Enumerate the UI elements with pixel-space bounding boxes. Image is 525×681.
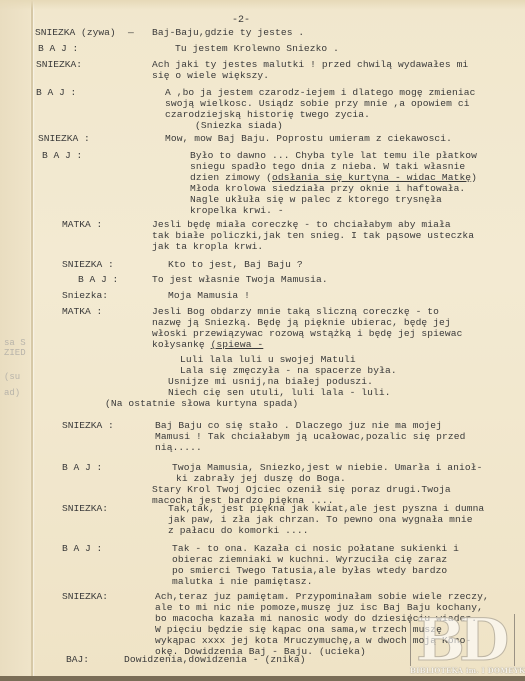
dialogue-line: Mow, mow Baj Baju. Poprostu umieram z ci… (165, 133, 452, 144)
dialogue-line: Młoda krolowa siedziała przy oknie i haf… (190, 183, 465, 194)
underlined-stage-direction: odsłania się kurtyna - widac Matkę (272, 172, 471, 183)
speaker-label: SNIEZKA : (38, 133, 90, 144)
song-line: Lala się zmęczyła - na spacerze była. (180, 365, 397, 376)
song-line: Niech cię sen utuli, luli lala - luli. (168, 387, 391, 398)
dialogue-line: tak białe policzki,jak ten snieg. I tak … (152, 230, 474, 241)
dialogue-line: Moja Mamusia ! (168, 290, 250, 301)
library-watermark: BD BIBLIOTEKA im. I DOMEYKI (408, 612, 518, 672)
margin-note: ZIED (4, 348, 26, 358)
speaker-label: B A J : (78, 274, 118, 285)
song-line: Luli lala luli u swojej Matuli (180, 354, 356, 365)
dialogue-line: Baj-Baju,gdzie ty jestes . (152, 27, 304, 38)
dialogue-line: Dowidzenia,dowidzenia - (znika) (124, 654, 306, 665)
speaker-label: B A J : (36, 87, 76, 98)
watermark-caption: BIBLIOTEKA im. I DOMEYKI (410, 666, 525, 675)
watermark-bar (514, 614, 515, 666)
dialogue-line: z pałacu do komorki .... (168, 525, 309, 536)
stage-direction: (Na ostatnie słowa kurtyna spada) (105, 398, 298, 409)
margin-note: (su (4, 372, 20, 382)
dialogue-line: Ach jaki ty jestes malutki ! przed chwil… (152, 59, 468, 70)
underlined-stage-direction: (spiewa - (211, 339, 264, 350)
dialogue-line: sniegu spadło tego dnia z nieba. W taki … (190, 161, 465, 172)
speaker-label: SNIEZKA : (62, 420, 114, 431)
margin-note: sa S (4, 338, 26, 348)
watermark-logo: BD (416, 606, 503, 674)
speaker-label: SNIEZKA: (36, 59, 82, 70)
dialogue-line: Baj Baju co się stało . Dlaczego juz nie… (155, 420, 442, 431)
song-line: Usnijze mi usnij,na białej poduszi. (168, 376, 373, 387)
dialogue-line: włoski przewiązywac rozową wstążką i będ… (152, 328, 462, 339)
margin-note: ad) (4, 388, 20, 398)
dialogue-line: kołysankę (spiewa - (152, 339, 263, 350)
speaker-label: B A J : (42, 150, 82, 161)
dialogue-line: A ,bo ja jestem czarodz-iejem i dlatego … (165, 87, 475, 98)
dialogue-line: nią..... (155, 442, 202, 453)
dialogue-line: Jesli Bog obdarzy mnie taką sliczną core… (152, 306, 439, 317)
dialogue-line: po smierci Twego Tatusia,ale byłas wtedy… (172, 565, 447, 576)
dialogue-line: jak paw, i zła jak chrzan. To pewno ona … (168, 514, 473, 525)
speaker-label: B A J : (62, 462, 102, 473)
speaker-label: MATKA : (62, 219, 102, 230)
dialogue-line: To jest własnie Twoja Mamusia. (152, 274, 328, 285)
dialogue-line: malutka i nie pamiętasz. (172, 576, 313, 587)
speaker-label: SNIEZKA : (62, 259, 114, 270)
page-bottom-edge (0, 676, 525, 681)
speaker-label: SNIEZKA: (62, 591, 108, 602)
dialogue-line: Kto to jest, Baj Baju ? (168, 259, 303, 270)
dialogue-line: się o wiele większy. (152, 70, 269, 81)
dialogue-line: Było to dawno ... Chyba tyle lat temu il… (190, 150, 477, 161)
dialogue-line: W pięciu będzie się kąpac ona sama,w trz… (155, 624, 442, 635)
speaker-label: SNIEZKA (zywa) (35, 27, 116, 38)
dialogue-line: Twoja Mamusia, Sniezko,jest w niebie. Um… (172, 462, 482, 473)
dialogue-line: Tu jestem Krolewno Sniezko . (175, 43, 339, 54)
speaker-label: SNIEZKA: (62, 503, 108, 514)
dialogue-line: Tak - to ona. Kazała ci nosic połatane s… (172, 543, 459, 554)
speaker-label: B A J : (62, 543, 102, 554)
dialogue-line: Tak,tak, jest piękna jak kwiat,ale jest … (168, 503, 484, 514)
dialogue-line: Ach,teraz juz pamiętam. Przypominałam so… (155, 591, 489, 602)
dialogue-line: Stary Krol Twoj Ojciec ozenił się poraz … (152, 484, 451, 495)
dialogue-line: dzien zimowy (odsłania się kurtyna - wid… (190, 172, 477, 183)
speaker-label: Sniezka: (62, 290, 108, 301)
top-edge-shadow (0, 0, 525, 10)
dialogue-line: swoją wielkosc. Usiądz sobie przy mnie ,… (165, 98, 470, 109)
speaker-dash: — (128, 27, 134, 38)
page-fold-line (31, 0, 33, 681)
page-number: -2- (232, 15, 250, 26)
dialogue-line: nazwę ją Sniezką. Będę ją pięknie ubiera… (152, 317, 451, 328)
document-page: sa S ZIED (su ad) -2- SNIEZKA (zywa)—Baj… (0, 0, 525, 681)
dialogue-line: Mamusi ! Tak chciałabym ją ucałowac,poza… (155, 431, 465, 442)
dialogue-line: ki zabrały jej duszę do Boga. (176, 473, 346, 484)
dialogue-line: kropelka krwi. - (190, 205, 284, 216)
dialogue-line: obierac ziemniaki w kuchni. Wyrzuciła ci… (172, 554, 447, 565)
dialogue-line: czarodziejską historię twego zycia. (165, 109, 370, 120)
speaker-label: BAJ: (66, 654, 89, 665)
dialogue-line: jak ta kropla krwi. (152, 241, 263, 252)
dialogue-line: Jesli będę miała coreczkę - to chciałaby… (152, 219, 451, 230)
watermark-bar (410, 614, 411, 666)
speaker-label: B A J : (38, 43, 78, 54)
stage-direction: (Sniezka siada) (195, 120, 283, 131)
speaker-label: MATKA : (62, 306, 102, 317)
dialogue-line: Nagle ukłuła się w palec z ktorego trysn… (190, 194, 442, 205)
